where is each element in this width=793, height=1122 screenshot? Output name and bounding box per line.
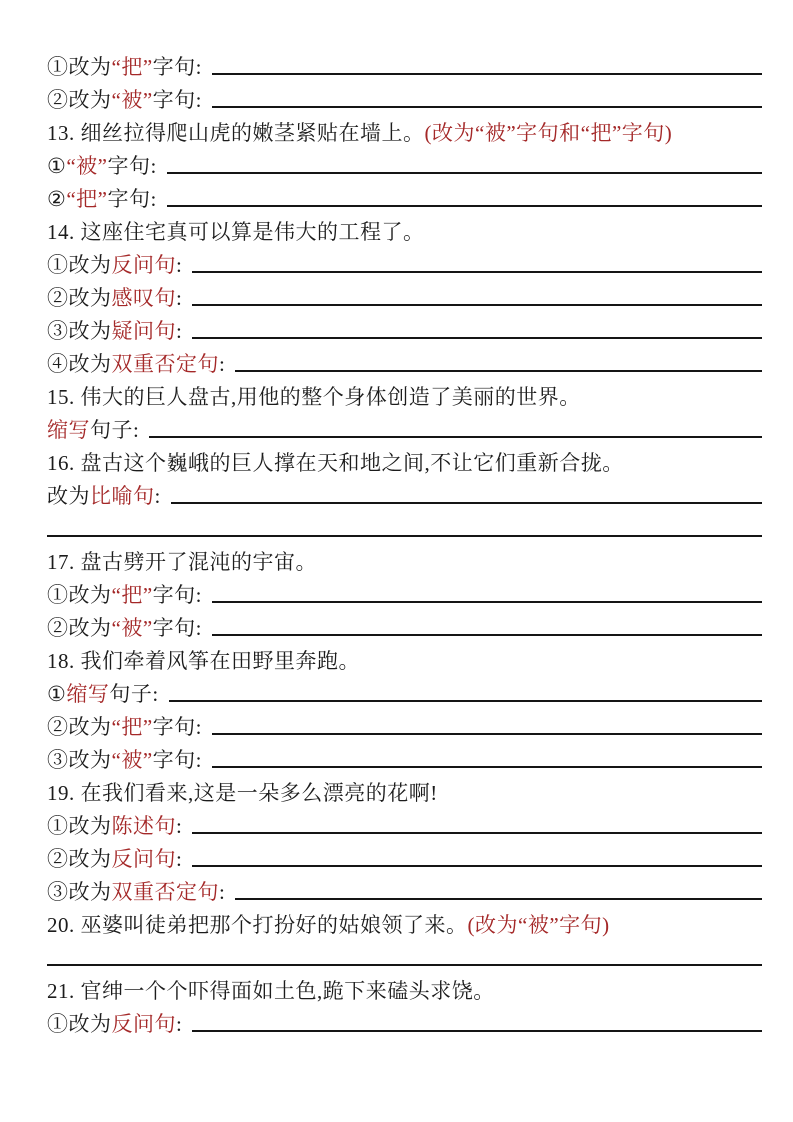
answer-field-line: ②改为“被”字句: [47, 609, 762, 642]
exercise-type-label: 反问句 [112, 1011, 177, 1038]
sentence-text: : [176, 318, 182, 345]
sentence-text: 字句: [153, 747, 202, 774]
sentence-line: 20. 巫婆叫徒弟把那个打扮好的姑娘领了来。(改为“被”字句) [47, 906, 762, 939]
sentence-text: 字句: [153, 87, 202, 114]
sentence-text: 19. 在我们看来,这是一朵多么漂亮的花啊! [47, 780, 438, 807]
sentence-text: ②改为 [47, 615, 112, 642]
sentence-text: ②改为 [47, 846, 112, 873]
answer-field-line: ①缩写句子: [47, 675, 762, 708]
answer-field-line: 改为比喻句: [47, 477, 762, 510]
exercise-type-label: 陈述句 [112, 813, 177, 840]
answer-field-line: ①改为“把”字句: [47, 576, 762, 609]
answer-blank [167, 172, 762, 174]
sentence-text: ① [47, 681, 66, 708]
answer-blank [235, 370, 762, 372]
sentence-text: ②改为 [47, 285, 112, 312]
sentence-text: 18. 我们牵着风筝在田野里奔跑。 [47, 648, 360, 675]
sentence-text: ①改为 [47, 252, 112, 279]
answer-blank [212, 766, 762, 768]
answer-blank [192, 865, 762, 867]
sentence-text: ① [47, 153, 66, 180]
sentence-text: 句子: [109, 681, 158, 708]
sentence-line: 15. 伟大的巨人盘古,用他的整个身体创造了美丽的世界。 [47, 378, 762, 411]
sentence-text: ③改为 [47, 879, 112, 906]
full-width-answer-blank [47, 535, 762, 537]
sentence-text: 字句: [107, 153, 156, 180]
exercise-type-label: 反问句 [112, 846, 177, 873]
sentence-text: 21. 官绅一个个吓得面如土色,跪下来磕头求饶。 [47, 978, 495, 1005]
sentence-line: 14. 这座住宅真可以算是伟大的工程了。 [47, 213, 762, 246]
answer-blank [212, 634, 762, 636]
answer-field-line: ①改为反问句: [47, 1005, 762, 1038]
exercise-type-label: 缩写 [47, 417, 90, 444]
sentence-text: 句子: [90, 417, 139, 444]
full-width-answer-blank [47, 964, 762, 966]
exercise-type-label: 反问句 [112, 252, 177, 279]
answer-field-line: ②改为“被”字句: [47, 81, 762, 114]
sentence-text: : [176, 252, 182, 279]
exercise-type-label: “被” [112, 615, 153, 642]
sentence-text: 改为 [47, 483, 90, 510]
exercise-type-label: “把” [112, 582, 153, 609]
exercise-type-label: (改为“被”字句和“把”字句) [425, 120, 673, 147]
exercise-type-label: “被” [112, 87, 153, 114]
answer-field-line: ②“把”字句: [47, 180, 762, 213]
sentence-text: : [176, 285, 182, 312]
sentence-text: ②改为 [47, 87, 112, 114]
exercise-type-label: 感叹句 [112, 285, 177, 312]
sentence-line: 19. 在我们看来,这是一朵多么漂亮的花啊! [47, 774, 762, 807]
continuation-answer-line [47, 510, 762, 543]
answer-blank [192, 304, 762, 306]
sentence-line: 21. 官绅一个个吓得面如土色,跪下来磕头求饶。 [47, 972, 762, 1005]
answer-blank [212, 106, 762, 108]
sentence-text: : [155, 483, 161, 510]
sentence-line: 16. 盘古这个巍峨的巨人撑在天和地之间,不让它们重新合拢。 [47, 444, 762, 477]
sentence-text: 字句: [153, 582, 202, 609]
sentence-text: 13. 细丝拉得爬山虎的嫩茎紧贴在墙上。 [47, 120, 425, 147]
answer-blank [192, 832, 762, 834]
answer-field-line: ③改为疑问句: [47, 312, 762, 345]
answer-blank [212, 733, 762, 735]
exercise-type-label: 缩写 [66, 681, 109, 708]
exercise-type-label: 双重否定句 [112, 351, 220, 378]
answer-field-line: ③改为“被”字句: [47, 741, 762, 774]
answer-field-line: ③改为双重否定句: [47, 873, 762, 906]
answer-field-line: ④改为双重否定句: [47, 345, 762, 378]
answer-blank [192, 271, 762, 273]
sentence-text: 20. 巫婆叫徒弟把那个打扮好的姑娘领了来。 [47, 912, 468, 939]
answer-blank [169, 700, 762, 702]
exercise-type-label: 双重否定句 [112, 879, 220, 906]
worksheet-page: ①改为“把”字句:②改为“被”字句:13. 细丝拉得爬山虎的嫩茎紧贴在墙上。(改… [0, 0, 793, 1122]
answer-blank [212, 73, 762, 75]
sentence-text: 字句: [153, 615, 202, 642]
answer-blank [171, 502, 762, 504]
sentence-text: 15. 伟大的巨人盘古,用他的整个身体创造了美丽的世界。 [47, 384, 581, 411]
exercise-type-label: “把” [112, 54, 153, 81]
sentence-text: ①改为 [47, 582, 112, 609]
continuation-answer-line [47, 939, 762, 972]
sentence-text: ②改为 [47, 714, 112, 741]
sentence-text: ③改为 [47, 747, 112, 774]
exercise-type-label: “被” [66, 153, 107, 180]
sentence-text: ② [47, 186, 66, 213]
exercise-type-label: 比喻句 [90, 483, 155, 510]
sentence-text: ①改为 [47, 1011, 112, 1038]
sentence-text: 字句: [153, 54, 202, 81]
exercise-type-label: “把” [112, 714, 153, 741]
answer-field-line: 缩写句子: [47, 411, 762, 444]
sentence-text: : [219, 351, 225, 378]
sentence-text: 字句: [153, 714, 202, 741]
answer-field-line: ②改为感叹句: [47, 279, 762, 312]
sentence-text: : [219, 879, 225, 906]
answer-field-line: ①改为陈述句: [47, 807, 762, 840]
sentence-text: 17. 盘古劈开了混沌的宇宙。 [47, 549, 317, 576]
sentence-line: 13. 细丝拉得爬山虎的嫩茎紧贴在墙上。(改为“被”字句和“把”字句) [47, 114, 762, 147]
sentence-text: 14. 这座住宅真可以算是伟大的工程了。 [47, 219, 425, 246]
sentence-text: : [176, 1011, 182, 1038]
sentence-text: : [176, 813, 182, 840]
answer-field-line: ②改为反问句: [47, 840, 762, 873]
answer-blank [167, 205, 762, 207]
sentence-line: 17. 盘古劈开了混沌的宇宙。 [47, 543, 762, 576]
answer-field-line: ②改为“把”字句: [47, 708, 762, 741]
exercise-type-label: 疑问句 [112, 318, 177, 345]
sentence-text: : [176, 846, 182, 873]
sentence-text: ①改为 [47, 54, 112, 81]
sentence-text: 字句: [107, 186, 156, 213]
sentence-text: ①改为 [47, 813, 112, 840]
sentence-line: 18. 我们牵着风筝在田野里奔跑。 [47, 642, 762, 675]
answer-field-line: ①改为“把”字句: [47, 48, 762, 81]
answer-field-line: ①改为反问句: [47, 246, 762, 279]
sentence-text: 16. 盘古这个巍峨的巨人撑在天和地之间,不让它们重新合拢。 [47, 450, 624, 477]
answer-blank [212, 601, 762, 603]
exercise-type-label: (改为“被”字句) [468, 912, 610, 939]
answer-blank [192, 1030, 762, 1032]
sentence-text: ③改为 [47, 318, 112, 345]
answer-blank [192, 337, 762, 339]
answer-field-line: ①“被”字句: [47, 147, 762, 180]
exercise-type-label: “被” [112, 747, 153, 774]
answer-blank [149, 436, 762, 438]
answer-blank [235, 898, 762, 900]
sentence-text: ④改为 [47, 351, 112, 378]
exercise-type-label: “把” [66, 186, 107, 213]
